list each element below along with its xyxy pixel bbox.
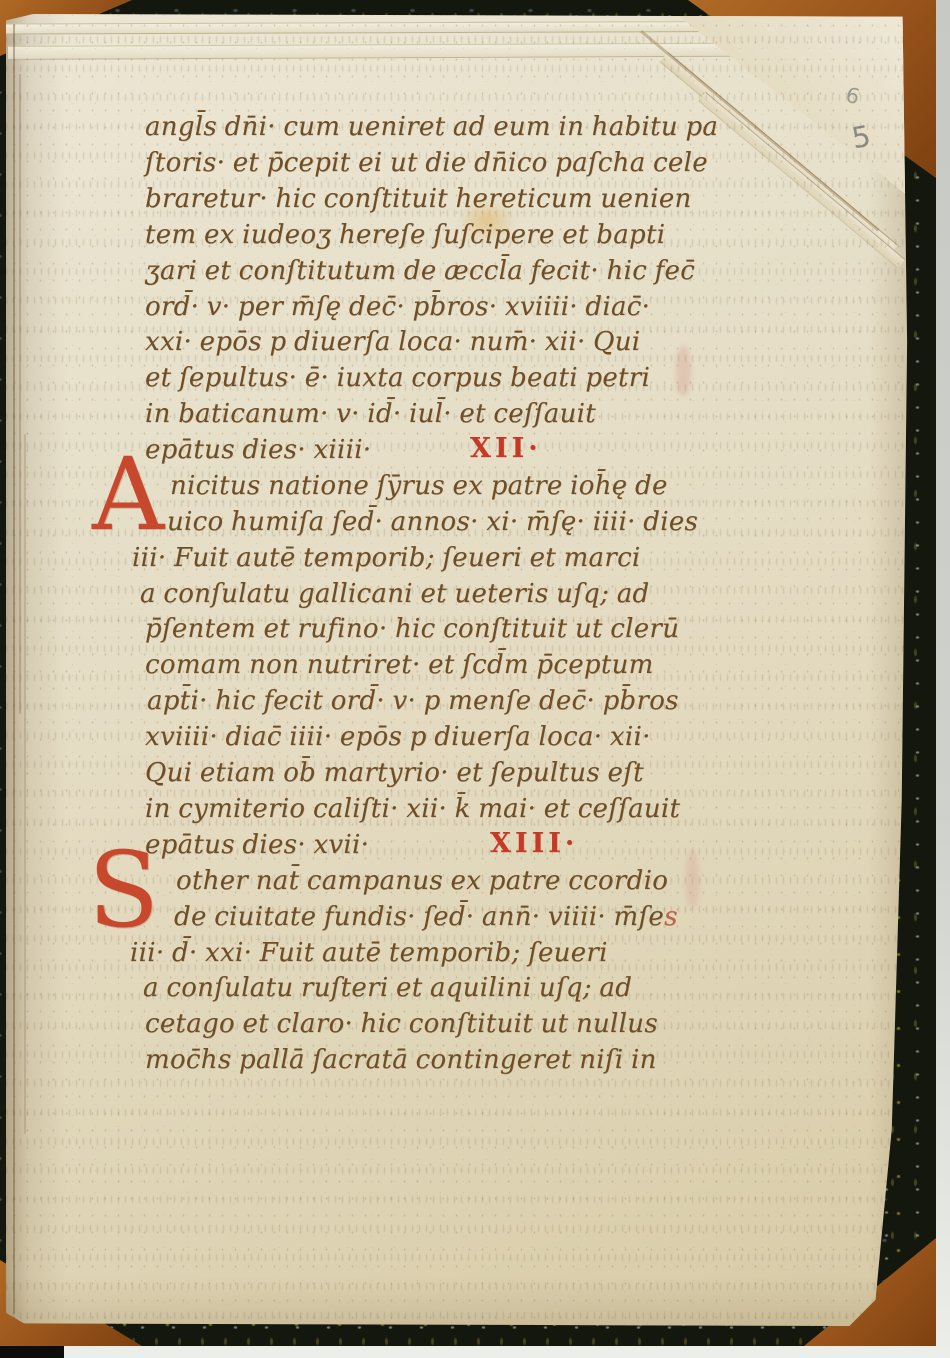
line-text: uico humiſa ſed̄· annos· xi· m̄ſę· iiii·…: [167, 507, 698, 537]
line-text: tem ex iudeoʒ hereſe ſuſcipere et bapti: [145, 220, 665, 250]
line-text: epātus dies· xiiii·: [145, 435, 371, 465]
line-text: iii· d̄· xxi· Fuit autē temporib; ſeueri: [130, 938, 608, 968]
manuscript-line: a conſulatu ruſteri et aquilini uſq; ad: [143, 973, 632, 1004]
line-text: ſtoris· et p̄cepit ei ut die dn̄ico paſc…: [145, 148, 708, 178]
manuscript-line: in baticanum· v· id̄· iul̄· et ceſſauit: [145, 399, 596, 430]
line-text: xxi· epōs p diuerſa loca· num̄· xii· Qui: [145, 327, 640, 357]
line-text: a conſulatu ruſteri et aquilini uſq; ad: [143, 973, 632, 1003]
manuscript-line: other nat̄ campanus ex patre ccordio: [176, 866, 668, 897]
manuscript-line: ʒari et conſtitutum de æccl̄a fecit· hic…: [145, 256, 695, 287]
manuscript-line: angl̄s dn̄i· cum ueniret ad eum in habit…: [145, 112, 718, 143]
chapter-number-xii: XII·: [470, 433, 542, 465]
line-text: braretur· hic conſtituit hereticum uenie…: [145, 184, 692, 214]
line-text: nicitus natione ſȳrus ex patre ioh̄ę de: [170, 471, 668, 501]
manuscript-line: p̄ſentem et rufino· hic conſtituit ut cl…: [145, 614, 679, 645]
manuscript-line: de ciuitate fundis· ſed̄· ann̄· viiii· m…: [174, 902, 678, 933]
line-text: cetago et claro· hic conſtituit ut nullu…: [145, 1009, 658, 1039]
manuscript-line: xxi· epōs p diuerſa loca· num̄· xii· Qui: [145, 327, 640, 358]
manuscript-line: apt̄i· hic fecit ord̄· v· p menſe dec̄· …: [147, 686, 679, 717]
manuscript-line: nicitus natione ſȳrus ex patre ioh̄ę de: [170, 471, 668, 502]
line-text: apt̄i· hic fecit ord̄· v· p menſe dec̄· …: [147, 686, 679, 716]
manuscript-line: ſtoris· et p̄cepit ei ut die dn̄ico paſc…: [145, 148, 708, 179]
line-text: Qui etiam ob̄ martyrio· et ſepultus eſt: [145, 758, 644, 788]
manuscript-line: braretur· hic conſtituit hereticum uenie…: [145, 184, 692, 215]
manuscript-line: epātus dies· xvii·XIII·: [145, 830, 369, 861]
chapter-number-xiii: XIII·: [490, 828, 578, 860]
manuscript-line: tem ex iudeoʒ hereſe ſuſcipere et bapti: [145, 220, 665, 251]
line-text: angl̄s dn̄i· cum ueniret ad eum in habit…: [145, 112, 718, 142]
showthrough-letter: s: [664, 902, 678, 932]
line-text: in cymiterio caliſti· xii· k̄ mai· et ce…: [145, 794, 680, 824]
line-text: ord̄· v· per m̄ſę dec̄· pb̄ros· xviiii· …: [145, 292, 650, 322]
line-text: xviiii· diac̄ iiii· epōs p diuerſa loca·…: [145, 722, 651, 752]
manuscript-line: a conſulatu gallicani et ueteris uſq; ad: [140, 579, 649, 610]
line-text: a conſulatu gallicani et ueteris uſq; ad: [140, 579, 649, 609]
manuscript-line: epātus dies· xiiii·XII·: [145, 435, 371, 466]
line-text: p̄ſentem et rufino· hic conſtituit ut cl…: [145, 614, 679, 644]
line-text: moc̄hs pallā ſacratā contingeret niſi in: [145, 1045, 657, 1075]
line-text: other nat̄ campanus ex patre ccordio: [176, 866, 668, 896]
text-block: A S angl̄s dn̄i· cum ueniret ad eum in h…: [0, 0, 950, 1358]
line-text: ʒari et conſtitutum de æccl̄a fecit· hic…: [145, 256, 695, 286]
manuscript-scan: { "manuscript": { "folio_marks": { "uppe…: [0, 0, 950, 1358]
line-text: et ſepultus· ē· iuxta corpus beati petri: [145, 363, 650, 393]
manuscript-line: in cymiterio caliſti· xii· k̄ mai· et ce…: [145, 794, 680, 825]
line-text: iii· Fuit autē temporib; ſeueri et marci: [132, 543, 641, 573]
manuscript-line: Qui etiam ob̄ martyrio· et ſepultus eſt: [145, 758, 644, 789]
line-text: comam non nutriret· et ſcd̄m p̄ceptum: [145, 650, 654, 680]
manuscript-line: et ſepultus· ē· iuxta corpus beati petri: [145, 363, 650, 394]
line-text: de ciuitate fundis· ſed̄· ann̄· viiii· m…: [174, 902, 664, 932]
manuscript-line: moc̄hs pallā ſacratā contingeret niſi in: [145, 1045, 657, 1076]
line-text: epātus dies· xvii·: [145, 830, 369, 860]
manuscript-line: cetago et claro· hic conſtituit ut nullu…: [145, 1009, 658, 1040]
manuscript-line: uico humiſa ſed̄· annos· xi· m̄ſę· iiii·…: [167, 507, 698, 538]
manuscript-line: iii· Fuit autē temporib; ſeueri et marci: [132, 543, 641, 574]
line-text: in baticanum· v· id̄· iul̄· et ceſſauit: [145, 399, 596, 429]
manuscript-line: ord̄· v· per m̄ſę dec̄· pb̄ros· xviiii· …: [145, 292, 650, 323]
manuscript-line: xviiii· diac̄ iiii· epōs p diuerſa loca·…: [145, 722, 651, 753]
manuscript-line: iii· d̄· xxi· Fuit autē temporib; ſeueri: [130, 938, 608, 969]
manuscript-line: comam non nutriret· et ſcd̄m p̄ceptum: [145, 650, 654, 681]
